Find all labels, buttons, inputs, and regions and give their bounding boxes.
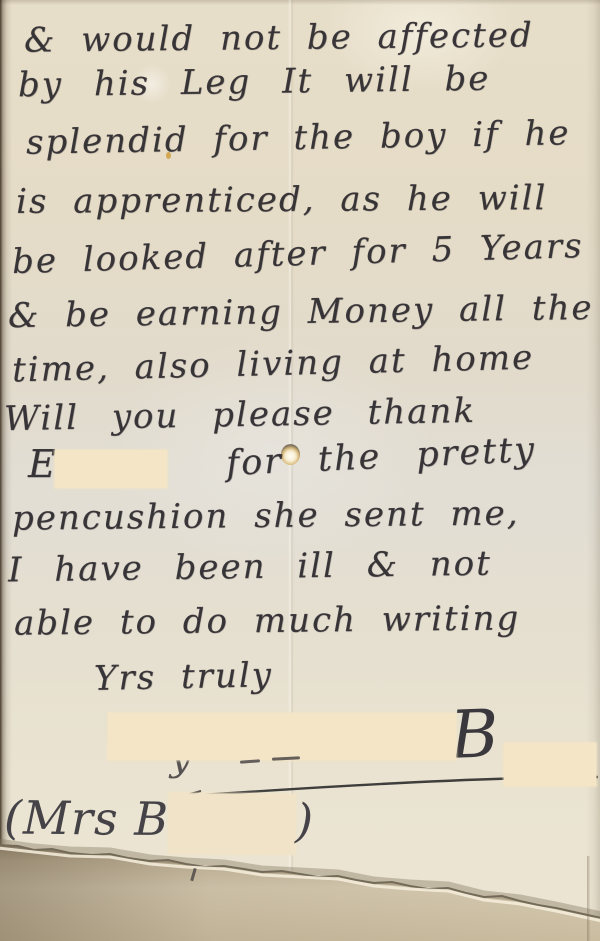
- handwriting-line: time, also living at home: [12, 340, 535, 390]
- handwriting-word: for the pretty: [225, 431, 537, 484]
- letter-scan: & would not be affected by his Leg It wi…: [0, 0, 600, 941]
- handwriting-line: pencushion she sent me,: [12, 495, 520, 538]
- handwriting-line: by his Leg It will be: [18, 61, 491, 105]
- signature-stroke: [272, 756, 300, 760]
- attribution-prefix: (Mrs B: [4, 790, 170, 846]
- attribution-line: (Mrs B): [4, 791, 315, 854]
- attribution-suffix: ): [295, 793, 315, 847]
- handwriting-line: be looked after for 5 Years: [12, 228, 584, 281]
- handwriting-line: able to do much writing: [14, 600, 521, 643]
- redaction-patch: [55, 450, 167, 488]
- signature-stroke: [240, 759, 260, 763]
- handwriting-line: splendid for the boy if he: [26, 115, 571, 162]
- signature-initial: B: [449, 701, 500, 769]
- redaction-patch-attribution: [169, 793, 296, 854]
- right-edge-crease: [587, 856, 590, 941]
- handwriting-line: is apprenticed, as he will: [16, 180, 548, 221]
- valediction-line: Yrs truly: [94, 657, 274, 698]
- redaction-patch-signature-2: [504, 743, 596, 786]
- attribution-ink-remnant: [190, 868, 196, 881]
- handwriting-line: I have been ill & not: [8, 546, 492, 590]
- handwriting-line: Will you please thank: [4, 393, 476, 439]
- handwriting-line: & would not be affected: [24, 17, 534, 60]
- handwriting-line: & be earning Money all the: [8, 290, 594, 336]
- redaction-patch-signature: [108, 713, 456, 760]
- handwriting-word: E: [28, 444, 58, 486]
